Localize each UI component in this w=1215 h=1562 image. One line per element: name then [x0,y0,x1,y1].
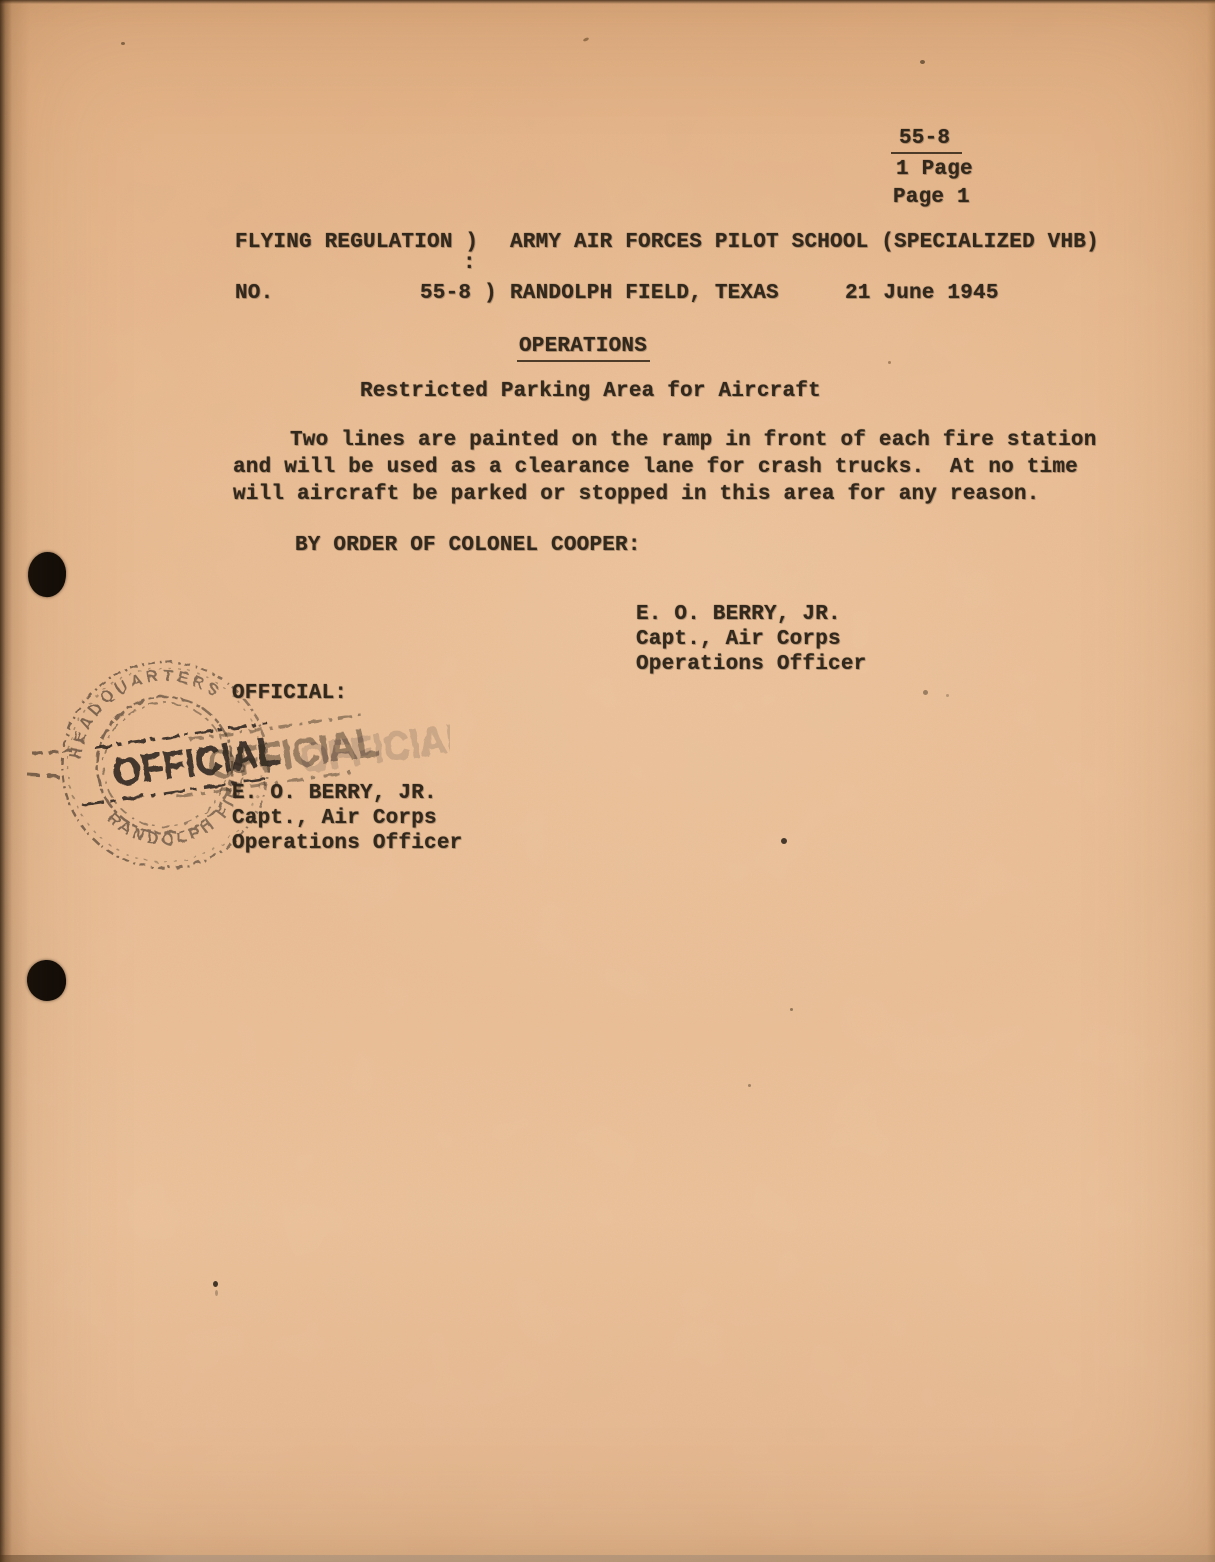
ink-speck [888,361,891,364]
ref-length: 1 Page [896,159,973,181]
ink-speck [748,1084,751,1087]
scan-edge-right [1207,0,1215,1562]
ink-speck [215,1290,218,1296]
ink-speck [121,42,125,45]
punch-hole-bottom [26,959,68,1003]
section-subject: Restricted Parking Area for Aircraft [360,381,821,403]
doc-date: 21 June 1945 [845,283,999,305]
scan-edge-bottom [0,1555,1215,1562]
signature-title: Operations Officer [636,654,866,676]
ink-speck [946,694,949,697]
scan-edge-top [0,0,1215,4]
body-line-3: will aircraft be parked or stopped in th… [233,484,1040,506]
section-title: OPERATIONS [517,336,650,362]
body-line-1: Two lines are painted on the ramp in fro… [290,430,1097,452]
ink-speck [781,838,787,844]
doc-number-label: NO. [235,283,273,305]
organization-location: RANDOLPH FIELD, TEXAS [510,283,779,305]
document-page: 55-8 1 Page Page 1 FLYING REGULATION ) :… [0,0,1215,1562]
by-order-line: BY ORDER OF COLONEL COOPER: [295,535,641,557]
header-separator: : [463,253,476,275]
ink-speck [923,690,928,695]
doc-number: 55-8 ) [420,283,497,305]
body-line-2: and will be used as a clearance lane for… [233,457,1078,479]
official-rubber-stamp: HEADQUARTERS RANDOLPH FIELD OFFICIAL OFF… [20,615,450,920]
ink-speck [583,37,590,42]
signature-rank: Capt., Air Corps [636,629,841,651]
ref-number: 55-8 [891,128,962,154]
ref-page-label: Page 1 [893,187,970,209]
organization-name: ARMY AIR FORCES PILOT SCHOOL (SPECIALIZE… [510,232,1099,254]
ink-speck [213,1281,218,1287]
ink-speck [790,1008,793,1011]
ink-speck [920,60,925,64]
punch-hole-top [26,550,68,599]
signature-name: E. O. BERRY, JR. [636,604,841,626]
scan-edge-left [0,0,12,1562]
doc-type: FLYING REGULATION ) [235,232,478,254]
